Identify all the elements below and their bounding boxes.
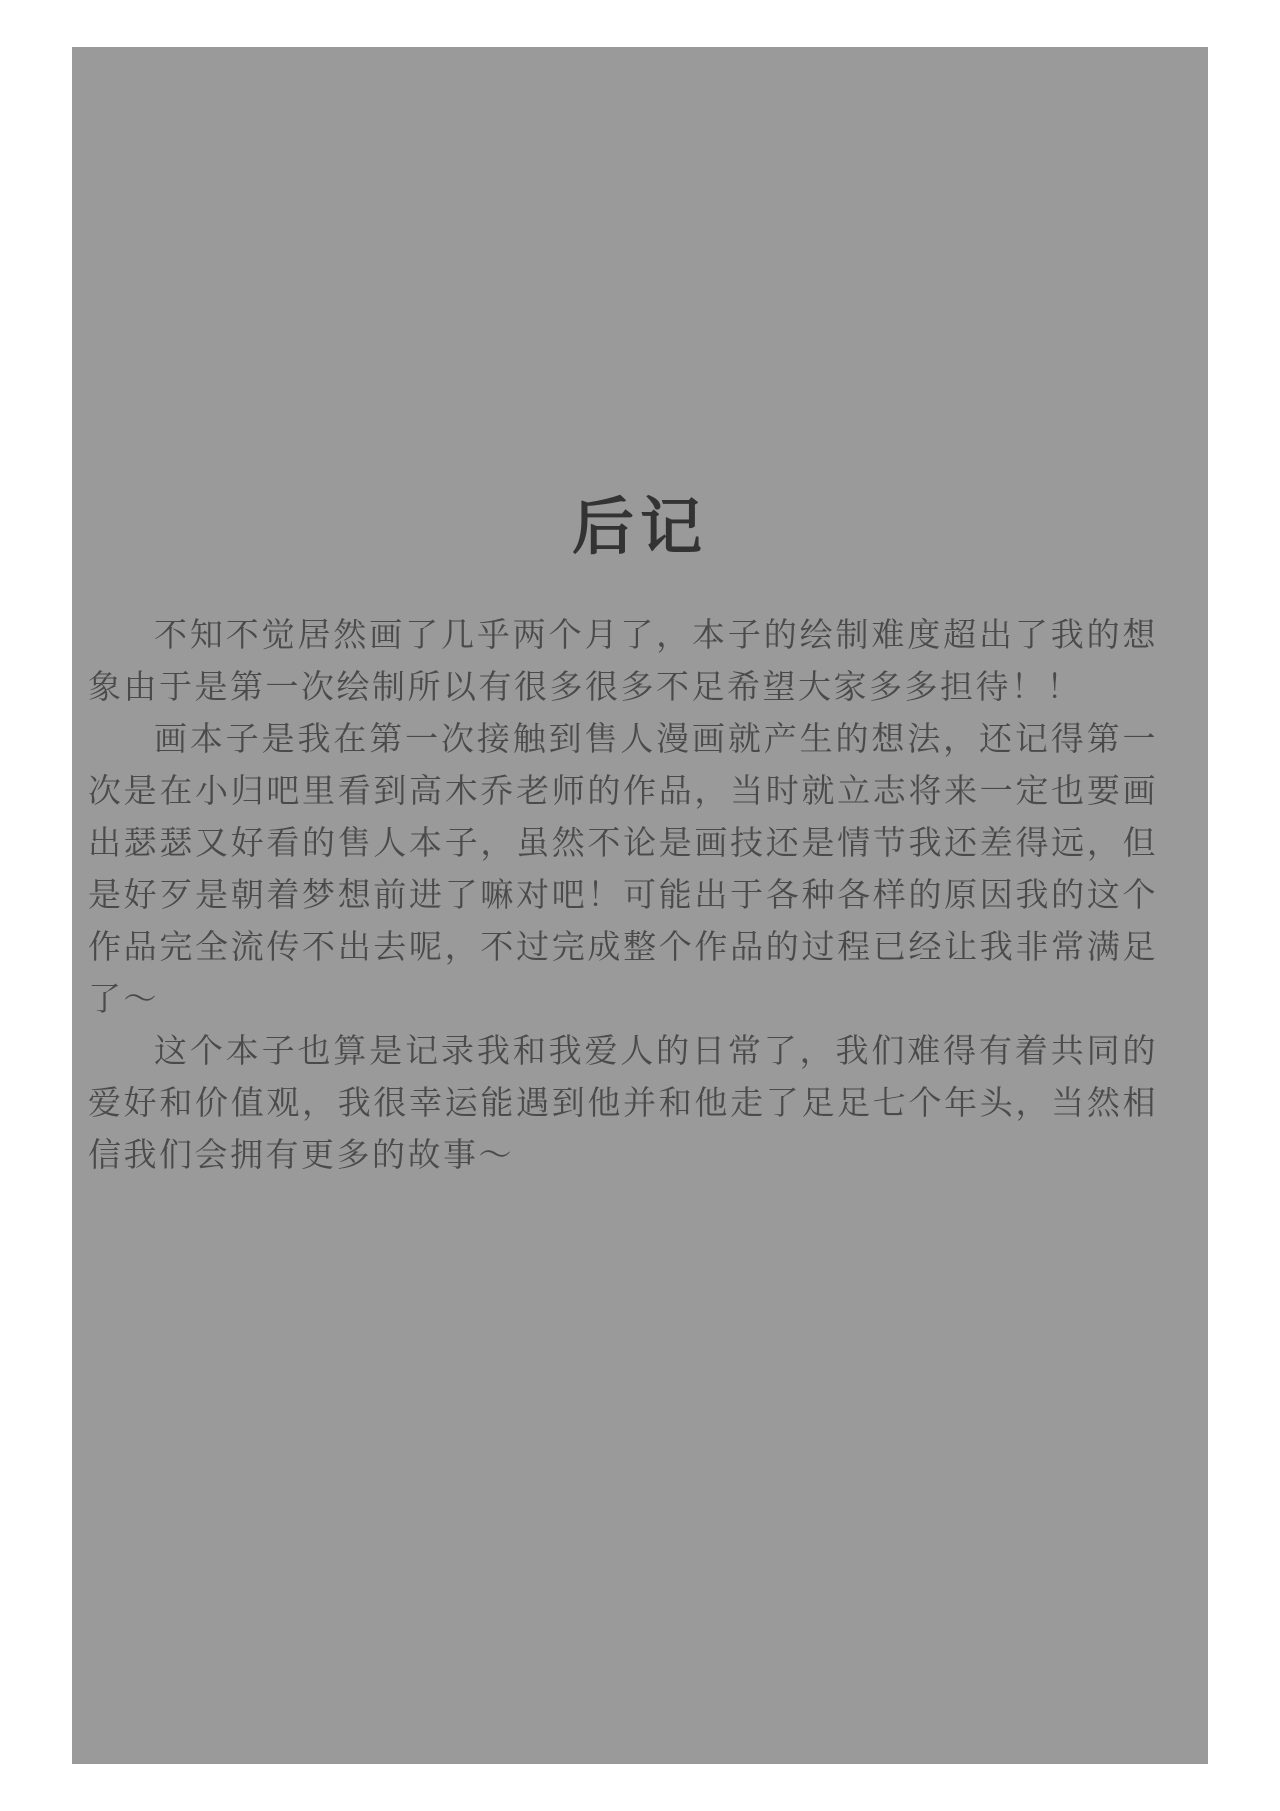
paragraph-1: 不知不觉居然画了几乎两个月了，本子的绘制难度超出了我的想象由于是第一次绘制所以有…: [88, 609, 1158, 713]
document-page: 后记 不知不觉居然画了几乎两个月了，本子的绘制难度超出了我的想象由于是第一次绘制…: [0, 0, 1280, 1811]
paragraph-3: 这个本子也算是记录我和我爱人的日常了，我们难得有着共同的爱好和价值观，我很幸运能…: [88, 1025, 1158, 1181]
paragraph-2: 画本子是我在第一次接触到售人漫画就产生的想法，还记得第一次是在小归吧里看到高木乔…: [88, 713, 1158, 1025]
page-title: 后记: [72, 495, 1208, 561]
afterword-text: 不知不觉居然画了几乎两个月了，本子的绘制难度超出了我的想象由于是第一次绘制所以有…: [88, 609, 1158, 1181]
afterword-panel: 后记 不知不觉居然画了几乎两个月了，本子的绘制难度超出了我的想象由于是第一次绘制…: [72, 47, 1208, 1764]
